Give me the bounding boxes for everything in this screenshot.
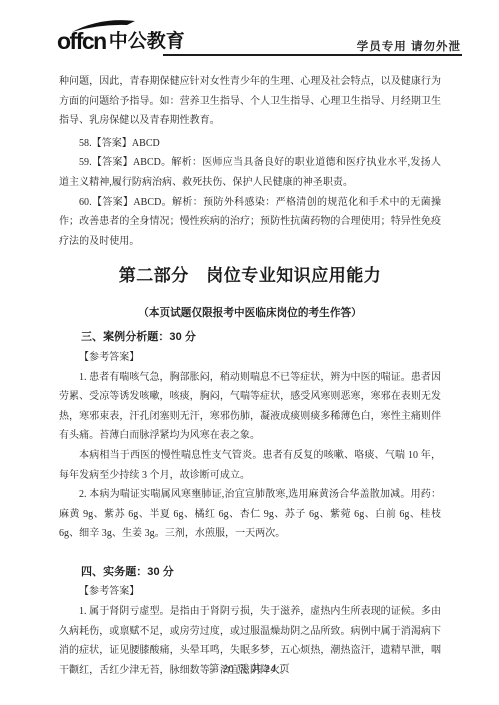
answer-59: 59.【答案】ABCD。解析：医师应当具备良好的职业道德和医疗执业水平,发扬人道… [59,153,441,192]
answer-58: 58.【答案】ABCD [59,134,441,154]
logo-swoosh-icon [71,19,137,33]
part-title: 第二部分 岗位专业知识应用能力 [59,264,441,288]
confidential-notice: 学员专用 请勿外泄 [357,38,461,54]
practical-heading: 四、实务题：30 分 [59,563,441,583]
reference-answer-label: 【参考答案】 [59,348,441,368]
case-paragraph-2: 本病相当于西医的慢性喘息性支气管炎。患者有反复的咳嗽、咯痰、气喘 10 年，每年… [59,446,441,485]
answer-60: 60.【答案】ABCD。解析：预防外科感染：严格清创的规范化和手术中的无菌操作；… [59,193,441,252]
case-paragraph-3: 2. 本病为喘证实喘属风寒壅肺证,治宜宣肺散寒,选用麻黄汤合华盖散加减。用药：麻… [59,485,441,544]
page-number-footer: 第 20 页 共 24 页 [0,660,499,675]
offcn-logo-text: offcn [57,28,106,54]
brand-name: 中公教育 [109,30,185,54]
reference-answer-label-2: 【参考答案】 [59,582,441,602]
case-paragraph-1: 1. 患者有喘咳气急，胸部胀闷，稍动则喘息不已等症状，辨为中医的喘证。患者因劳累… [59,368,441,446]
document-body: 种问题，因此，青春期保健应针对女性青少年的生理、心理及社会特点，以及健康行为方面… [59,72,441,680]
part-note: （本页试题仅限报考中医临床岗位的考生作答） [59,305,441,321]
page-header: offcn 中公教育 学员专用 请勿外泄 [0,0,499,68]
header-divider [163,54,462,56]
case-analysis-heading: 三、案例分析题：30 分 [59,328,441,348]
continuation-paragraph: 种问题，因此，青春期保健应针对女性青少年的生理、心理及社会特点，以及健康行为方面… [59,72,441,131]
offcn-logo: offcn 中公教育 [57,28,185,54]
